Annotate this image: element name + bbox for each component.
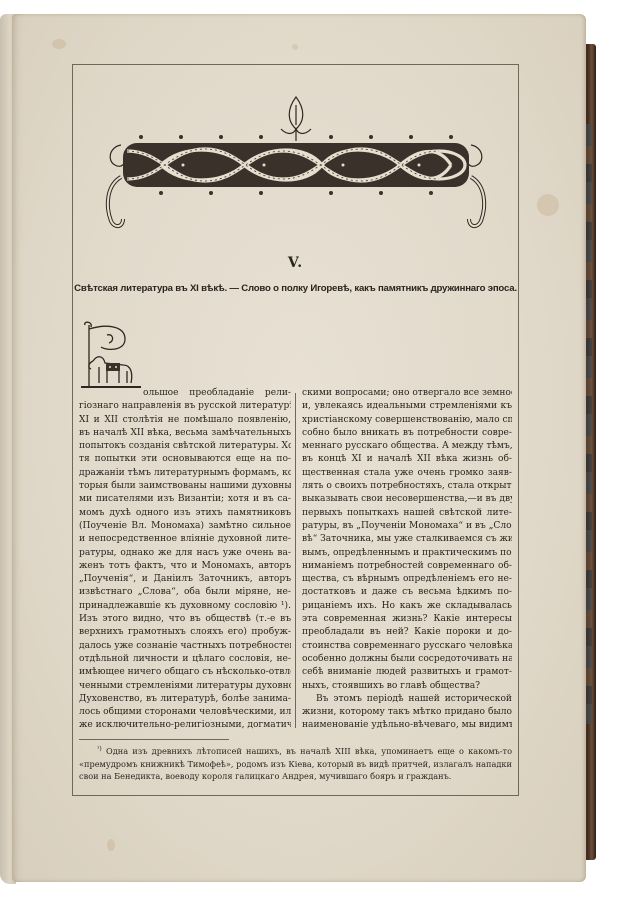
text-line: ми писателями изъ Византіи; хотя и въ са… bbox=[79, 493, 291, 506]
text-line: извѣстнаго „Слова“, оба были міряне, не- bbox=[79, 586, 291, 599]
text-line: наименованіе удѣльно-вѣчеваго, мы видимъ bbox=[302, 719, 512, 732]
text-line: преобладали въ ней? Какіе пороки и до- bbox=[302, 626, 512, 639]
text-line: Изъ этого видно, что въ обществѣ (т.-е в… bbox=[79, 613, 291, 626]
text-line: себѣ вниманіе людей развитыхъ и грамот- bbox=[302, 666, 512, 679]
footnote-marker: ¹) bbox=[97, 745, 102, 752]
foxing-stain bbox=[107, 839, 115, 851]
text-line: ратуры, въ „Поученіи Мономаха“ и въ „Сло… bbox=[302, 520, 512, 533]
footnote-line: ¹) Одна изъ древнихъ лѣтописей нашихъ, в… bbox=[79, 745, 512, 758]
foxing-stain bbox=[52, 39, 66, 49]
text-line: попытокъ созданія свѣтской литературы. Х… bbox=[79, 440, 291, 453]
footnote: ¹) Одна изъ древнихъ лѣтописей нашихъ, в… bbox=[79, 745, 512, 783]
text-line: ныхъ, стоявшихъ во главѣ общества? bbox=[302, 680, 512, 693]
text-line: рицаніемъ ихъ. Но какъ же складывалась bbox=[302, 600, 512, 613]
footnote-line: свои на Бенедикта, воеводу короля галицк… bbox=[79, 770, 512, 783]
text-line: особенно должны были сосредоточивать на bbox=[302, 653, 512, 666]
text-line: момъ духѣ одного изъ этихъ памятниковъ bbox=[79, 507, 291, 520]
text-line: ратуры, однако же для насъ уже очень ва- bbox=[79, 547, 291, 560]
book-page: V. Свѣтская литература въ XI вѣкѣ. — Сло… bbox=[12, 14, 586, 882]
text-line: достатковъ и даже съ весьма ѣдкимъ по- bbox=[302, 586, 512, 599]
text-line: же исключительно-религіозными, догматиче… bbox=[79, 719, 291, 732]
chapter-number: V. bbox=[73, 255, 518, 271]
text-line: далось уже сознаніе частныхъ потребносте… bbox=[79, 640, 291, 653]
text-line: щественная стала уже очень громко заяв- bbox=[302, 467, 512, 480]
text-line: первыхъ попыткахъ нашей свѣтской лите- bbox=[302, 507, 512, 520]
text-line: и, увлекаясь идеальными стремленіями къ bbox=[302, 400, 512, 413]
text-line: дражаніи тѣмъ литературнымъ формамъ, ко- bbox=[79, 467, 291, 480]
text-line: скими вопросами; оно отвергало все земно… bbox=[302, 387, 512, 400]
interlace-headpiece-ornament bbox=[101, 95, 491, 240]
text-line: „Поученія“, и Даніилъ Заточникъ, авторъ bbox=[79, 573, 291, 586]
text-line: верхнихъ грамотныхъ слояхъ его) пробуж- bbox=[79, 626, 291, 639]
text-line: вымъ, опредѣленнымъ и практическимъ по- bbox=[302, 547, 512, 560]
text-line: XI и XII столѣтія не помѣшало появленію, bbox=[79, 414, 291, 427]
text-line: принадлежавшіе къ духовному сословію ¹). bbox=[79, 600, 291, 613]
text-line: (Поученіе Вл. Мономаха) замѣтно сильное bbox=[79, 520, 291, 533]
column-divider bbox=[295, 393, 296, 728]
text-line: ольшое преобладаніе рели- bbox=[79, 387, 291, 400]
text-line: лось общими сторонами человѣческими, или bbox=[79, 706, 291, 719]
text-line: щества, съ вѣрнымъ опредѣленіемъ его не- bbox=[302, 573, 512, 586]
footnote-rule bbox=[79, 739, 229, 740]
text-line: тя попытки эти основываются еще на по- bbox=[79, 453, 291, 466]
text-line: ниманіемъ потребностей современнаго об- bbox=[302, 560, 512, 573]
text-line: лять о своихъ потребностяхъ, стала откры… bbox=[302, 480, 512, 493]
text-line: стоинства современнаго русскаго человѣка bbox=[302, 640, 512, 653]
text-line: христіанскому совершенствованію, мало сп… bbox=[302, 414, 512, 427]
text-line: торыя были заимствованы нашими духовны- bbox=[79, 480, 291, 493]
text-line: Въ этомъ періодѣ нашей исторической bbox=[302, 693, 512, 706]
text-line: эта современная жизнь? Какіе интересы bbox=[302, 613, 512, 626]
text-line: Духовенство, въ литературѣ, болѣе занима… bbox=[79, 693, 291, 706]
text-line: женъ тотъ фактъ, что и Мономахъ, авторъ bbox=[79, 560, 291, 573]
foxing-stain bbox=[537, 194, 559, 216]
text-line: собно было вникать въ потребности совре- bbox=[302, 427, 512, 440]
right-column: скими вопросами; оно отвергало все земно… bbox=[302, 321, 512, 733]
foxing-stain bbox=[292, 44, 298, 50]
left-column: ольшое преобладаніе рели- гіознаго напра… bbox=[79, 321, 291, 733]
text-frame: V. Свѣтская литература въ XI вѣкѣ. — Сло… bbox=[72, 64, 519, 796]
text-line: и непосредственное вліяніе духовной лите… bbox=[79, 533, 291, 546]
text-line: вѣ“ Заточника, мы уже сталкиваемся съ жи… bbox=[302, 533, 512, 546]
chapter-title: Свѣтская литература въ XI вѣкѣ. — Слово … bbox=[73, 283, 518, 294]
text-line: меннаго русскаго общества. А между тѣмъ, bbox=[302, 440, 512, 453]
text-line: ченными стремленіями литературы духовной… bbox=[79, 680, 291, 693]
text-line: гіознаго направленія въ русской литерату… bbox=[79, 400, 291, 413]
text-line: жизни, которому такъ мѣтко придано было bbox=[302, 706, 512, 719]
footnote-line: «премудромъ книжникѣ Тимофеѣ», родомъ из… bbox=[79, 758, 512, 771]
text-line: въ концѣ XI и началѣ XII вѣка жизнь об- bbox=[302, 453, 512, 466]
text-line: отдѣльной личности и цѣлаго сословія, не… bbox=[79, 653, 291, 666]
text-line: имѣющее ничего общаго съ нѣсколько-отвле… bbox=[79, 666, 291, 679]
text-line: въ началѣ XII вѣка, весьма замѣчательных… bbox=[79, 427, 291, 440]
text-line: выказывать свои несовершенства,—и въ дву… bbox=[302, 493, 512, 506]
